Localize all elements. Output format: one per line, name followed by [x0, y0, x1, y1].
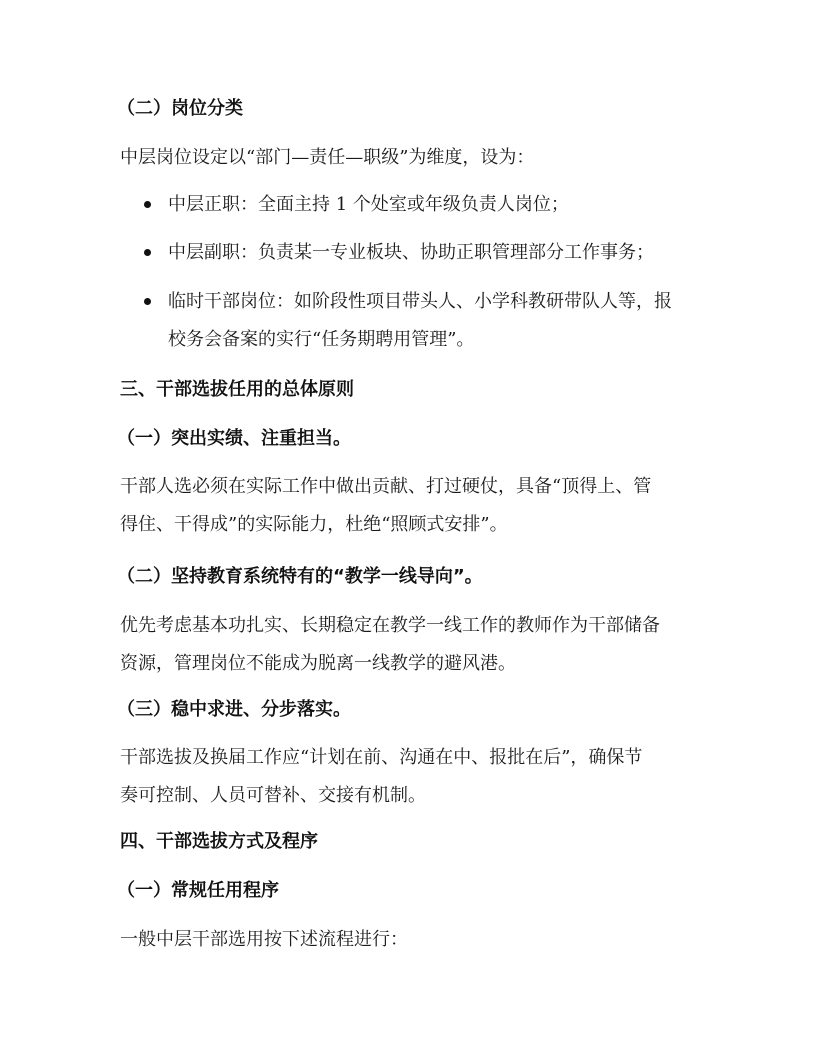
heading-section-four: 四、干部选拔方式及程序: [120, 830, 318, 854]
subheading-steady-progress: （三）稳中求进、分步落实。: [117, 698, 351, 722]
subheading-position-classification: （二）岗位分类: [117, 97, 243, 121]
paragraph-performance-line-1: 干部人选必须在实际工作中做出贡献、打过硬仗，具备“顶得上、管: [120, 475, 651, 499]
subheading-performance: （一）突出实绩、注重担当。: [117, 427, 351, 451]
paragraph-position-dimension: 中层岗位设定以“部门—责任—职级”为维度，设为：: [120, 146, 534, 170]
bullet-icon: [144, 298, 151, 305]
bullet-icon: [144, 201, 151, 208]
list-item-temporary-cadre-line-2: 校务会备案的实行“任务期聘用管理”。: [168, 328, 474, 352]
document-page: （二）岗位分类 中层岗位设定以“部门—责任—职级”为维度，设为： 中层正职：全面…: [0, 0, 816, 1056]
list-item-deputy-middle: 中层副职：负责某一专业板块、协助正职管理部分工作事务；: [168, 241, 654, 265]
paragraph-performance-line-2: 得住、干得成”的实际能力，杜绝“照顾式安排”。: [120, 513, 508, 537]
heading-section-three: 三、干部选拔任用的总体原则: [120, 378, 354, 402]
list-item-temporary-cadre-line-1: 临时干部岗位：如阶段性项目带头人、小学科教研带队人等，报: [168, 290, 672, 314]
paragraph-teaching-line-1: 优先考虑基本功扎实、长期稳定在教学一线工作的教师作为干部储备: [120, 614, 660, 638]
subheading-teaching-orientation: （二）坚持教育系统特有的“教学一线导向”。: [117, 565, 483, 589]
bullet-icon: [144, 249, 151, 256]
paragraph-steady-line-1: 干部选拔及换届工作应“计划在前、沟通在中、报批在后”，确保节: [120, 746, 642, 770]
paragraph-teaching-line-2: 资源，管理岗位不能成为脱离一线教学的避风港。: [120, 652, 516, 676]
paragraph-procedure-intro: 一般中层干部选用按下述流程进行：: [120, 928, 408, 952]
subheading-regular-procedure: （一）常规任用程序: [117, 879, 279, 903]
paragraph-steady-line-2: 奏可控制、人员可替补、交接有机制。: [120, 784, 426, 808]
list-item-full-time-middle: 中层正职：全面主持 1 个处室或年级负责人岗位；: [168, 193, 569, 217]
